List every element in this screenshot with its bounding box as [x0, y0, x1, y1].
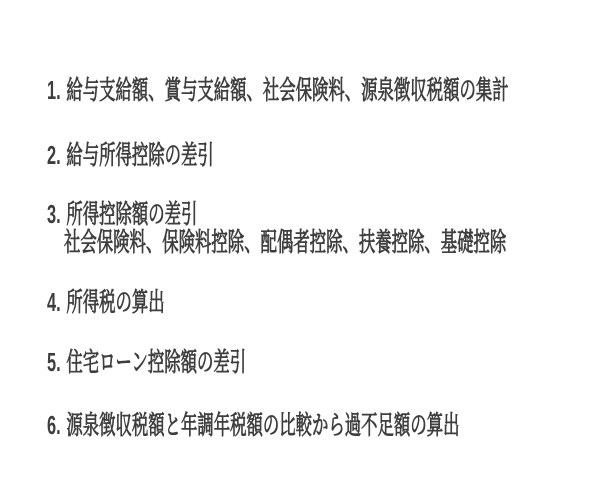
tax-calculation-steps-page: 1.給与支給額、賞与支給額、社会保険料、源泉徴収税額の集計 2.給与所得控除の差… [0, 0, 600, 500]
step-text: 給与所得控除の差引 [66, 141, 213, 169]
step-item-6: 6.源泉徴収税額と年調年税額の比較から過不足額の算出 [47, 411, 459, 439]
step-text: 住宅ローン控除額の差引 [66, 348, 246, 376]
step-text: 所得税の算出 [66, 288, 164, 316]
step-number: 2. [47, 141, 61, 169]
step-subtext: 社会保険料、保険料控除、配偶者控除、扶養控除、基礎控除 [64, 228, 506, 256]
step-item-3: 3.所得控除額の差引 社会保険料、保険料控除、配偶者控除、扶養控除、基礎控除 [47, 200, 506, 256]
step-number: 4. [47, 288, 61, 316]
step-item-4: 4.所得税の算出 [47, 288, 165, 316]
step-text: 源泉徴収税額と年調年税額の比較から過不足額の算出 [66, 411, 459, 439]
step-number: 6. [47, 411, 61, 439]
step-item-5: 5.住宅ローン控除額の差引 [47, 348, 246, 376]
step-number: 1. [47, 76, 61, 104]
step-item-2: 2.給与所得控除の差引 [47, 141, 214, 169]
step-text: 所得控除額の差引 [66, 200, 197, 228]
step-number: 5. [47, 348, 61, 376]
step-item-1: 1.給与支給額、賞与支給額、社会保険料、源泉徴収税額の集計 [47, 76, 509, 104]
step-text: 給与支給額、賞与支給額、社会保険料、源泉徴収税額の集計 [66, 76, 508, 104]
step-number: 3. [47, 200, 61, 228]
